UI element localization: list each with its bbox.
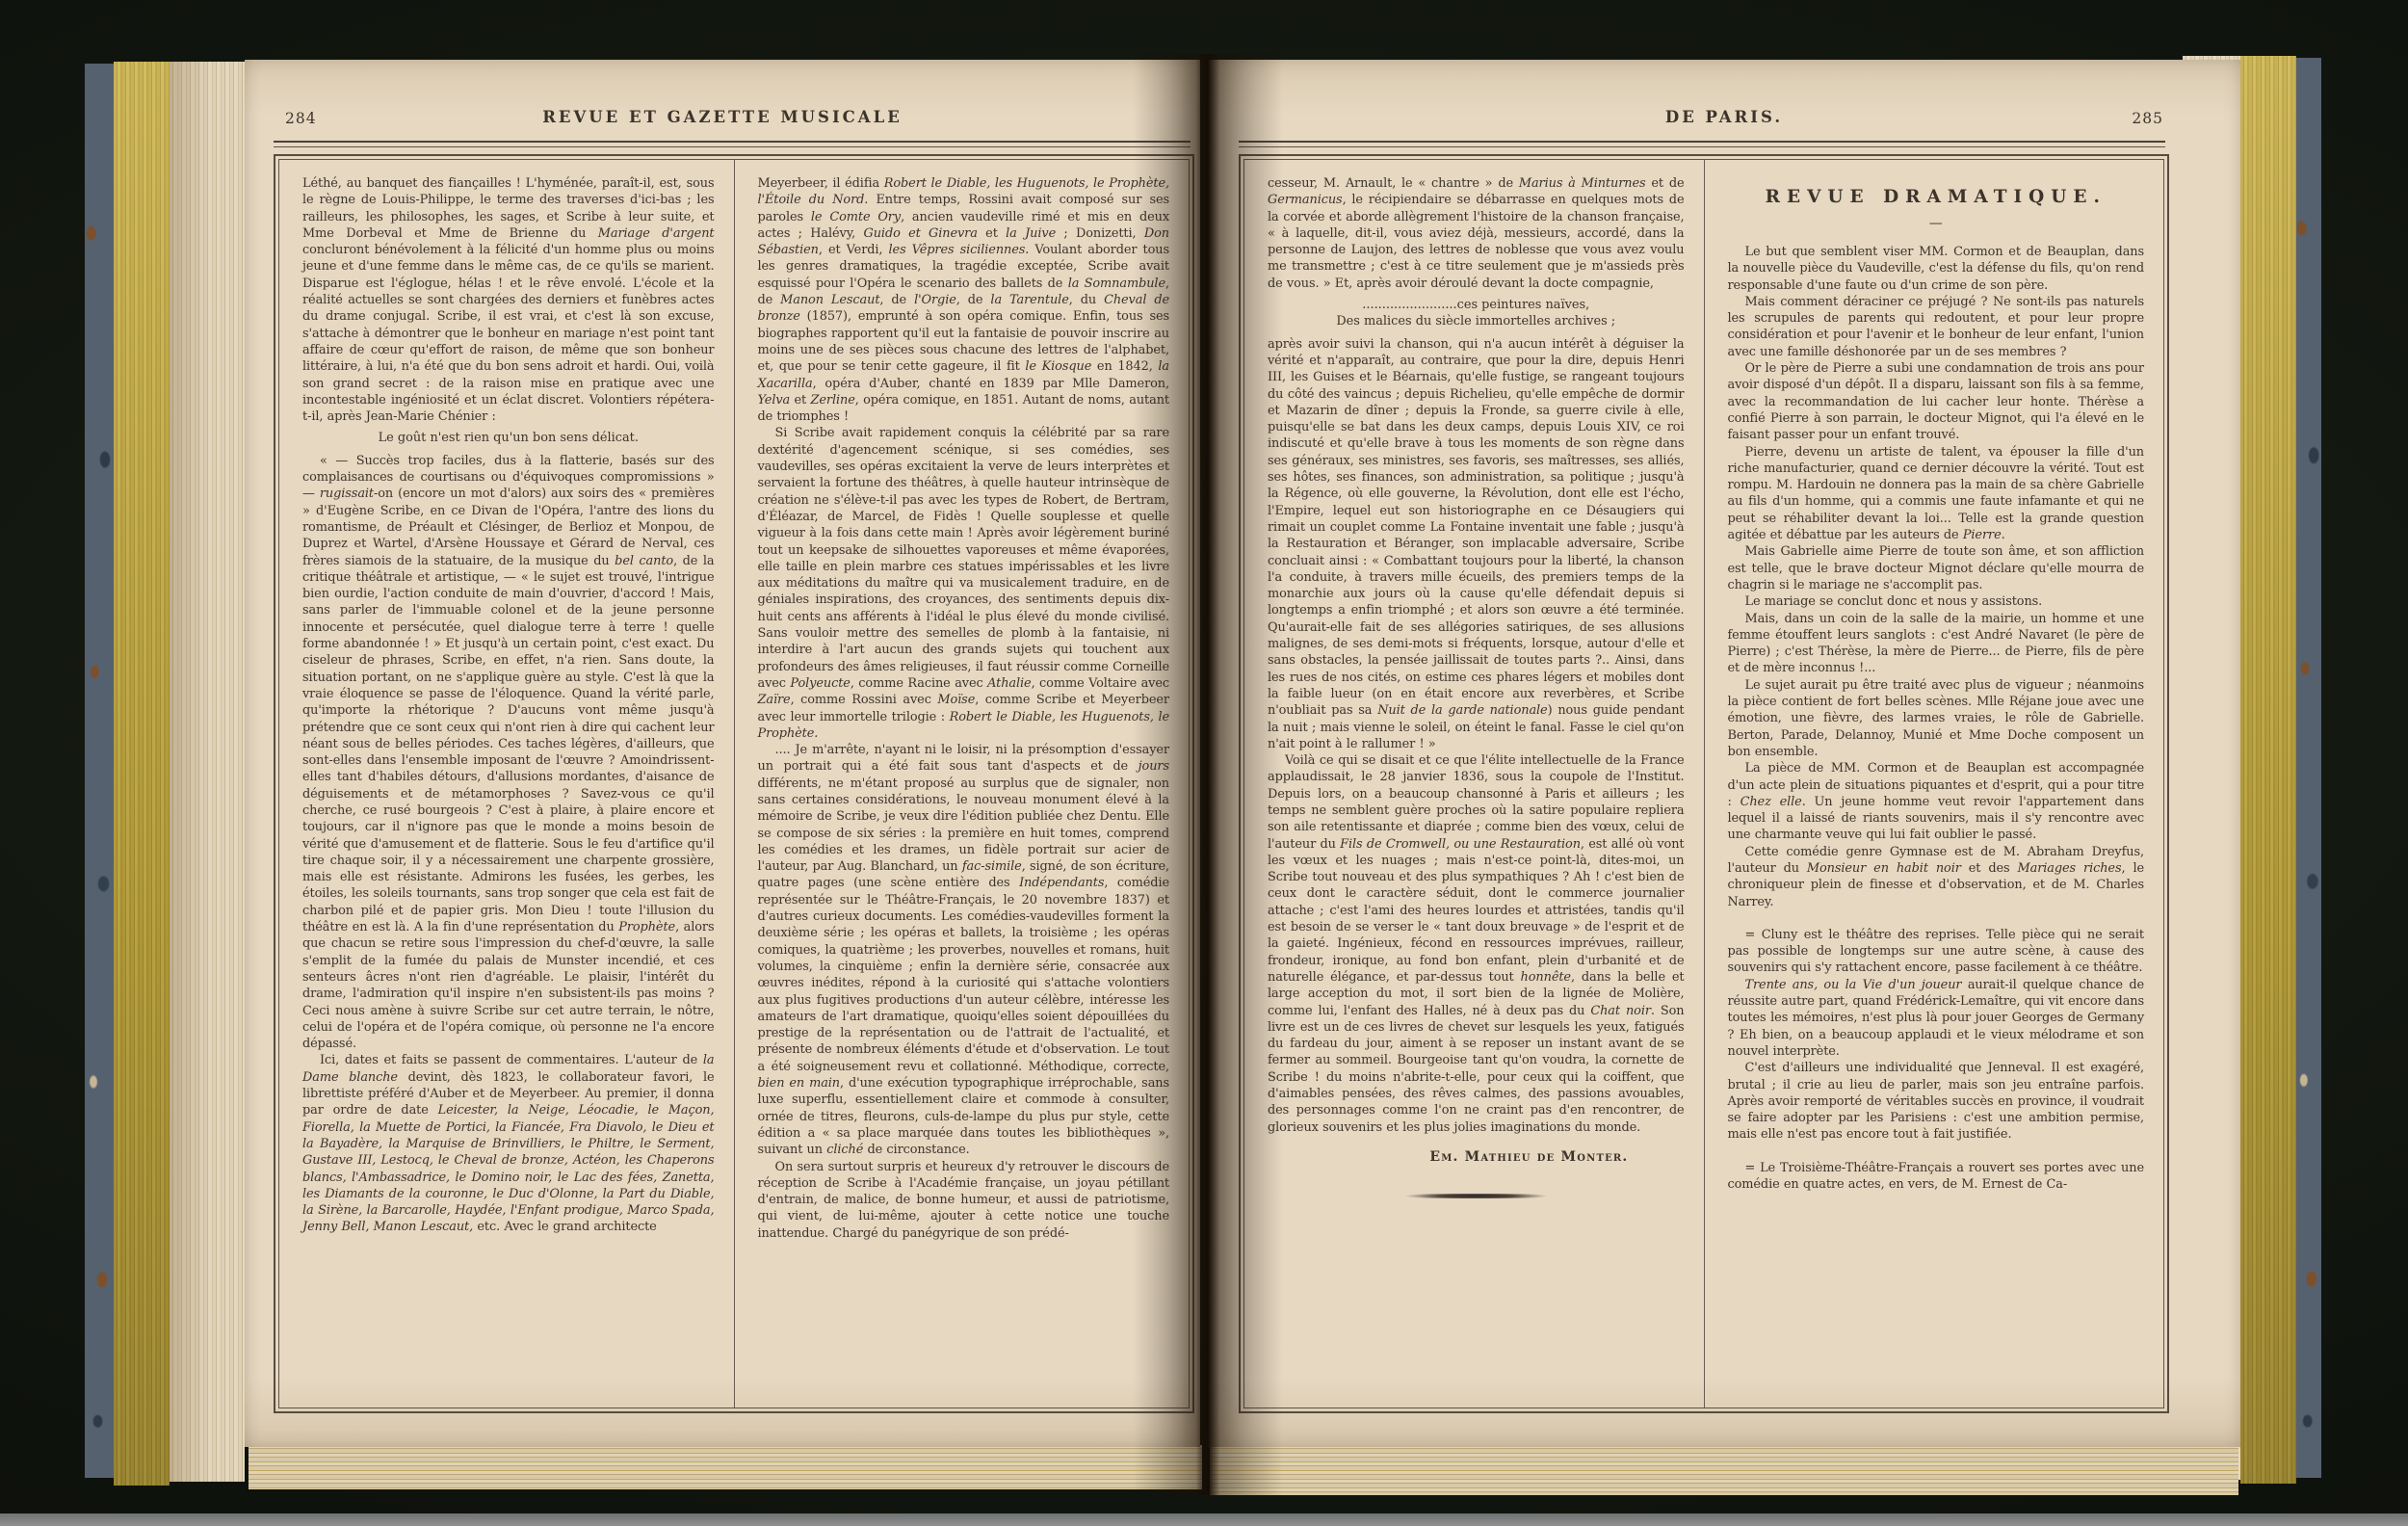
paragraph: Mais comment déraciner ce préjugé ? Ne s… bbox=[1728, 294, 2145, 360]
running-title-right: DE PARIS. bbox=[1208, 108, 2240, 126]
paragraph: Pierre, devenu un artiste de talent, va … bbox=[1728, 444, 2145, 544]
divider-rule bbox=[1380, 1194, 1572, 1198]
book-cover-marbled-edge-left bbox=[85, 64, 114, 1478]
top-page-edges-right bbox=[1252, 45, 2177, 58]
paragraph: = Le Troisième-Théâtre-Français a rouver… bbox=[1728, 1160, 2145, 1194]
paragraph: Le but que semblent viser MM. Cormon et … bbox=[1728, 244, 2145, 294]
paragraph: Or le père de Pierre a subi une condamna… bbox=[1728, 360, 2145, 443]
paragraph: Mais, dans un coin de la salle de la mai… bbox=[1728, 611, 2145, 677]
paragraph: Voilà ce qui se disait et ce que l'élite… bbox=[1268, 752, 1685, 1136]
paragraph: Cette comédie genre Gymnase est de M. Ab… bbox=[1728, 844, 2145, 910]
verse: ........................ces peintures na… bbox=[1268, 297, 1685, 330]
right-page: 285 DE PARIS. cesseur, M. Arnault, le « … bbox=[1208, 60, 2240, 1447]
text-frame-right: cesseur, M. Arnault, le « chantre » de M… bbox=[1239, 154, 2169, 1413]
book-cover-marbled-edge-right bbox=[2296, 58, 2321, 1478]
column-2: Meyerbeer, il édifia Robert le Diable, l… bbox=[734, 160, 1190, 1408]
paragraph: Trente ans, ou la Vie d'un joueur aurait… bbox=[1728, 977, 2145, 1060]
paragraph: après avoir suivi la chanson, qui n'a au… bbox=[1268, 336, 1685, 752]
paragraph: C'est d'ailleurs une individualité que J… bbox=[1728, 1060, 2145, 1143]
page-fore-edge-right bbox=[2240, 56, 2296, 1484]
paragraph: Si Scribe avait rapidement conquis la cé… bbox=[758, 425, 1170, 742]
heading-dash: — bbox=[1728, 217, 2145, 230]
section-heading: REVUE DRAMATIQUE. bbox=[1728, 187, 2145, 207]
left-page: 284 REVUE ET GAZETTE MUSICALE Léthé, au … bbox=[245, 60, 1200, 1447]
bottom-page-edges-right bbox=[1210, 1445, 2238, 1495]
running-title-left: REVUE ET GAZETTE MUSICALE bbox=[245, 108, 1200, 126]
paragraph: Mais Gabrielle aime Pierre de toute son … bbox=[1728, 543, 2145, 593]
column-1: Léthé, au banquet des fiançailles ! L'hy… bbox=[279, 160, 734, 1408]
scan-bottom-strip bbox=[0, 1513, 2408, 1526]
page-fore-edge-left bbox=[114, 62, 170, 1486]
author-signature: Em. Mathieu de Monter. bbox=[1268, 1149, 1685, 1165]
paragraph: cesseur, M. Arnault, le « chantre » de M… bbox=[1268, 175, 1685, 292]
paragraph: Le sujet aurait pu être traité avec plus… bbox=[1728, 677, 2145, 760]
paragraph: Léthé, au banquet des fiançailles ! L'hy… bbox=[302, 175, 715, 425]
paragraph: Ici, dates et faits se passent de commen… bbox=[302, 1052, 715, 1235]
text-frame-inner-left: Léthé, au banquet des fiançailles ! L'hy… bbox=[278, 159, 1190, 1408]
text-frame-inner-right: cesseur, M. Arnault, le « chantre » de M… bbox=[1243, 159, 2164, 1408]
paragraph: Meyerbeer, il édifia Robert le Diable, l… bbox=[758, 175, 1170, 425]
scan-background: 284 REVUE ET GAZETTE MUSICALE Léthé, au … bbox=[0, 0, 2408, 1526]
bottom-page-edges-left bbox=[249, 1445, 1202, 1489]
paragraph: « — Succès trop faciles, dus à la flatte… bbox=[302, 453, 715, 1053]
paragraph: Le mariage se conclut donc et nous y ass… bbox=[1728, 593, 2145, 610]
leaf-stack-left bbox=[170, 62, 245, 1482]
paragraph: La pièce de MM. Cormon et de Beauplan es… bbox=[1728, 760, 2145, 843]
paragraph: .... Je m'arrête, n'ayant ni le loisir, … bbox=[758, 742, 1170, 1158]
book-gutter-shadow bbox=[1133, 54, 1283, 1495]
text-frame-left: Léthé, au banquet des fiançailles ! L'hy… bbox=[274, 154, 1194, 1413]
column-4: REVUE DRAMATIQUE.—Le but que semblent vi… bbox=[1704, 160, 2164, 1408]
verse: Le goût n'est rien qu'un bon sens délica… bbox=[302, 430, 715, 446]
head-rule-left bbox=[274, 141, 1191, 147]
head-rule-right bbox=[1239, 141, 2165, 147]
paragraph: On sera surtout surpris et heureux d'y r… bbox=[758, 1159, 1170, 1242]
paragraph: = Cluny est le théâtre des reprises. Tel… bbox=[1728, 927, 2145, 977]
column-3: cesseur, M. Arnault, le « chantre » de M… bbox=[1244, 160, 1704, 1408]
